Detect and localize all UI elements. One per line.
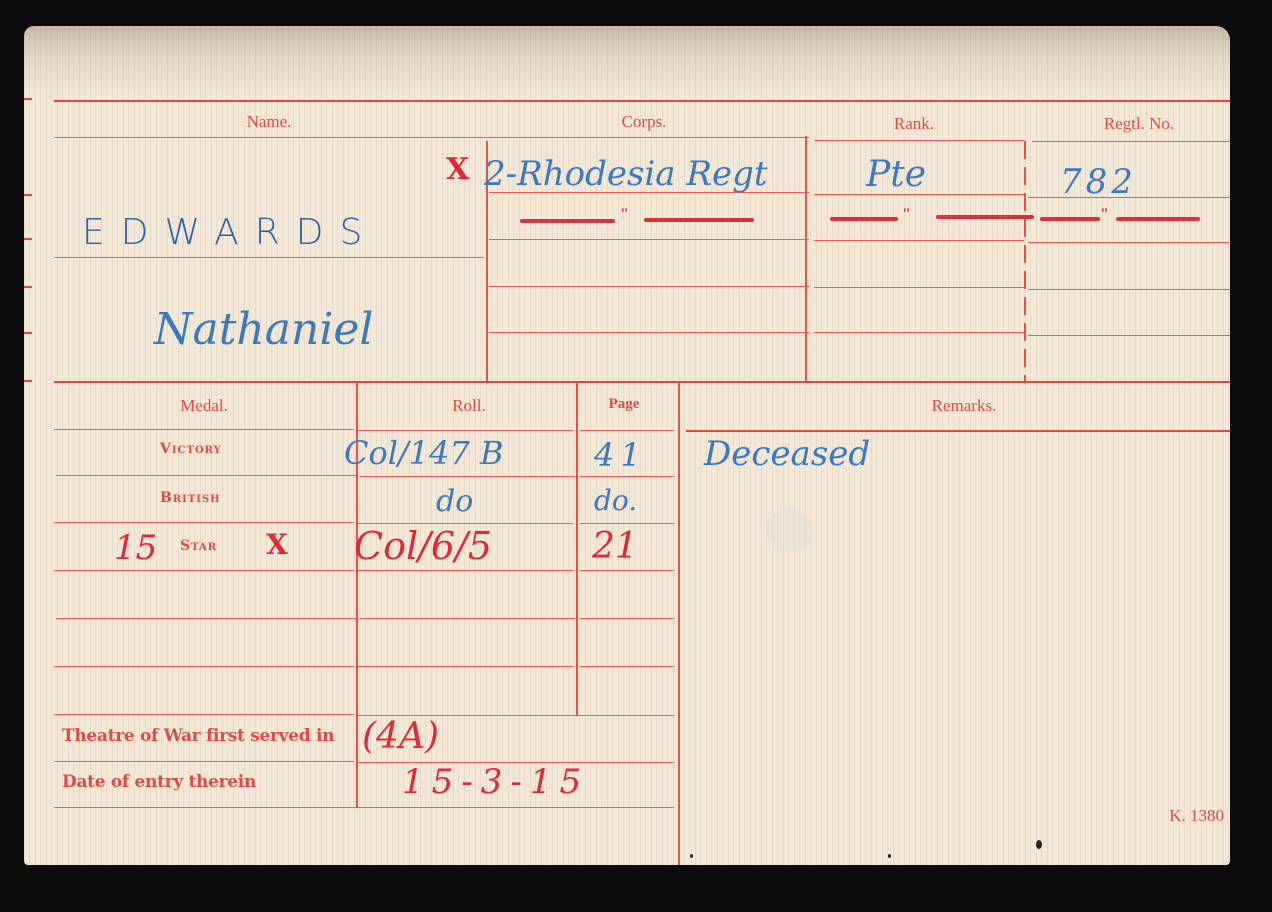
divider-rank-regtl [1024,141,1026,381]
rule-medal-row [54,522,354,523]
medal-star-cross-mark: X [266,528,288,561]
medal-british-label: British [160,490,221,506]
rule-row3 [1028,289,1230,290]
rule-theatre-top [54,714,354,715]
surname: EDWARDS [82,212,378,253]
paper-stain [766,508,814,552]
rule-section [54,381,1230,383]
rule-name-header [54,137,489,138]
rule-corps-header [489,137,809,138]
ink-speck [690,854,693,858]
ditto-bar [1116,217,1200,221]
margin-tick [24,238,32,240]
header-corps: Corps. [589,112,699,132]
rule-roll-row [360,476,575,477]
rule-medal-row [54,666,354,667]
rule-roll-row [358,570,573,571]
rank-value: Pte [866,154,926,195]
medal-star-roll: Col/6/5 [354,524,492,568]
divider-roll-page [576,383,578,715]
margin-tick [24,98,32,100]
margin-tick [24,332,32,334]
header-medal: Medal. [154,396,254,416]
rule-theatre-bottom [54,761,354,762]
header-rank: Rank. [864,114,964,134]
divider-corps-rank [805,136,807,381]
ditto-bar [520,219,615,223]
margin-tick [24,286,32,288]
ditto-bar [936,215,1034,219]
rule-rank-header [814,140,1024,141]
header-page: Page [594,396,654,413]
rule-medal-row [56,475,356,476]
remarks-value: Deceased [704,434,870,474]
medal-victory-label: Victory [160,441,222,457]
corps-value: 2-Rhodesia Regt [484,154,768,194]
ditto-bar [830,217,898,221]
ink-speck [888,854,891,858]
rule-row4 [489,332,809,333]
rule-roll-row [360,618,575,619]
rule-roll-row [358,666,573,667]
rule-page-header [580,430,674,431]
rule-top [54,100,1230,102]
rule-page-row [580,666,674,667]
regtl-no-value: 782 [1060,162,1137,202]
medal-index-card: Name. Corps. Rank. Regtl. No. EDWARDS Na… [24,26,1230,865]
header-regtl-no: Regtl. No. [1074,114,1204,134]
medal-star-page: 21 [592,526,638,567]
rule-row4 [814,332,1024,333]
theatre-value: (4A) [362,716,439,757]
margin-tick [24,194,32,196]
rule-row2 [814,240,1024,241]
medal-british-roll: do [436,484,473,519]
medal-british-page: do. [594,484,637,517]
rule-row3 [489,286,809,287]
medal-victory-roll: Col/147 B [344,434,504,472]
rule-roll-header [358,430,573,431]
rule-regtl-header [1032,141,1230,142]
rule-medal-header [54,429,354,430]
ditto-mark: " [620,206,629,224]
margin-tick [24,380,32,382]
forename: Nathaniel [154,304,374,355]
header-roll: Roll. [424,396,514,416]
ditto-bar [1040,217,1100,221]
form-number: K. 1380 [1134,806,1224,826]
rule-page-row [580,476,674,477]
ditto-mark: " [1100,206,1109,224]
rule-page-row [580,570,674,571]
medal-star-label: Star [180,538,217,554]
medal-victory-page: 41 [594,436,647,474]
rule-medal-row [54,570,354,571]
rule-row4 [1028,335,1230,336]
divider-page-remarks [678,383,680,865]
entry-date-label: Date of entry therein [62,772,256,792]
rule-row3 [814,287,1024,288]
rule-page-row [580,523,674,524]
rule-medal-row [56,618,356,619]
rule-page-row [580,618,674,619]
rule-row2 [489,239,809,240]
header-name: Name. [214,112,324,132]
entry-date-value: 15-3-15 [402,762,589,802]
ditto-bar [644,218,754,222]
rule-remarks-header [686,430,1230,432]
medal-star-prefix: 15 [114,528,157,568]
rule-row2 [1028,242,1230,243]
rule-date-bottom [54,807,674,808]
header-remarks: Remarks. [904,396,1024,416]
corps-cross-mark: X [446,152,469,187]
rule-surname [54,257,484,258]
ditto-mark: " [902,206,911,224]
theatre-label: Theatre of War first served in [62,726,334,746]
ink-speck [1036,840,1042,849]
